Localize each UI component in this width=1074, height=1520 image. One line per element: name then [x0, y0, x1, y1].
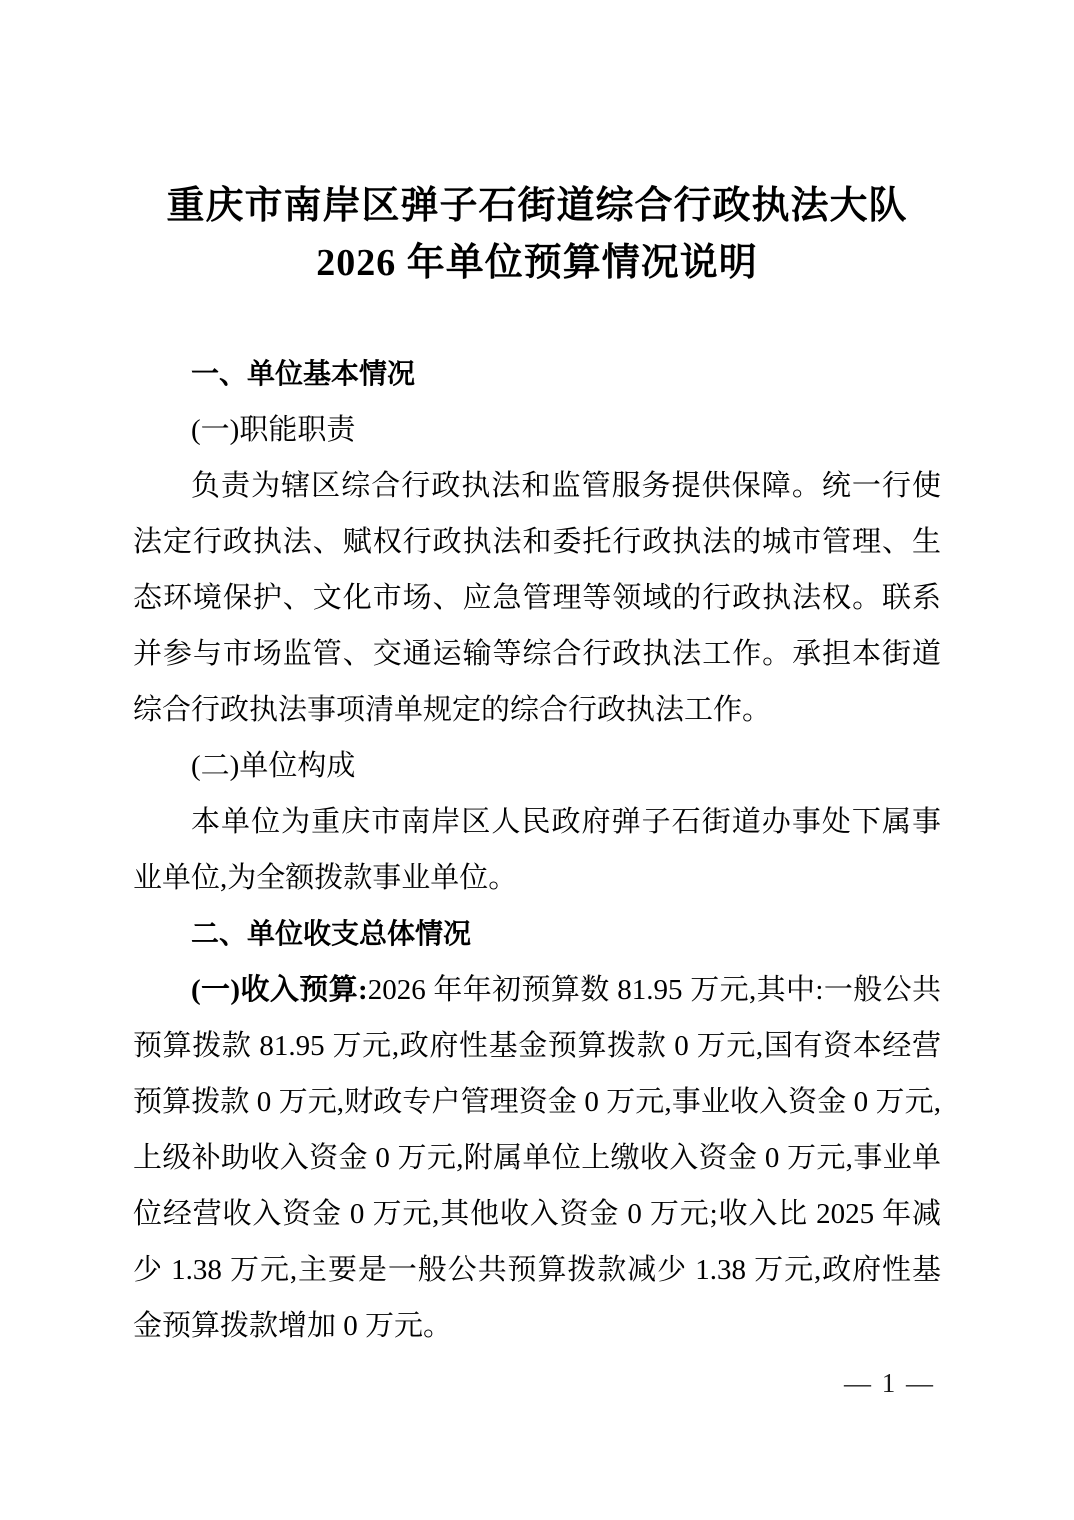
income-budget-lead-in: (一)收入预算:: [191, 974, 368, 1006]
document-title-line-1: 重庆市南岸区弹子石街道综合行政执法大队: [133, 178, 941, 235]
income-budget-text: 2026 年年初预算数 81.95 万元,其中:一般公共预算拨款 81.95 万…: [133, 974, 941, 1342]
paragraph-income-budget: (一)收入预算:2026 年年初预算数 81.95 万元,其中:一般公共预算拨款…: [133, 962, 941, 1354]
page-footer: — 1 —: [844, 1368, 935, 1398]
document-title-line-2: 2026 年单位预算情况说明: [133, 235, 941, 292]
paragraph-duties: 负责为辖区综合行政执法和监管服务提供保障。统一行使法定行政执法、赋权行政执法和委…: [133, 458, 941, 738]
section-heading-basic-info: 一、单位基本情况: [133, 346, 941, 402]
document-page: 重庆市南岸区弹子石街道综合行政执法大队 2026 年单位预算情况说明 一、单位基…: [0, 0, 1074, 1520]
subsection-heading-composition: (二)单位构成: [133, 738, 941, 794]
page-number: — 1 —: [844, 1368, 935, 1398]
document-body: 一、单位基本情况 (一)职能职责 负责为辖区综合行政执法和监管服务提供保障。统一…: [133, 346, 941, 1354]
document-title: 重庆市南岸区弹子石街道综合行政执法大队 2026 年单位预算情况说明: [133, 0, 941, 292]
paragraph-composition: 本单位为重庆市南岸区人民政府弹子石街道办事处下属事业单位,为全额拨款事业单位。: [133, 794, 941, 906]
section-heading-budget-overview: 二、单位收支总体情况: [133, 906, 941, 962]
subsection-heading-duties: (一)职能职责: [133, 402, 941, 458]
